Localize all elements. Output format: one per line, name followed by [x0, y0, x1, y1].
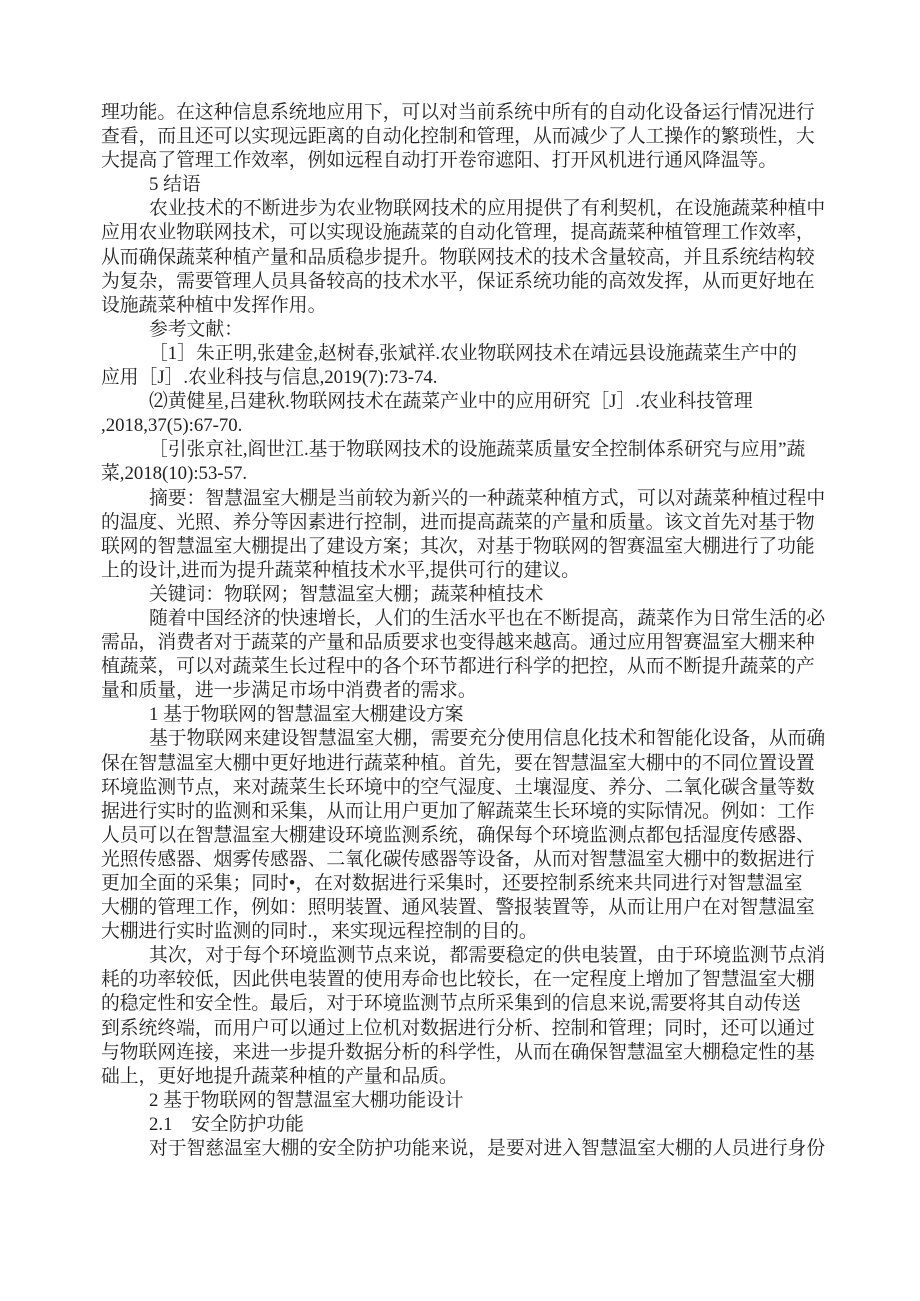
text-line: 菜,2018(10):53-57.	[101, 462, 815, 486]
text-line: 保在智慧温室大棚中更好地进行蔬菜种植。首先，要在智慧温室大棚中的不同位置设置	[101, 752, 815, 776]
text-line: 的稳定性和安全性。最后，对于环境监测节点所采集到的信息来说,需要将其自动传送	[101, 992, 815, 1016]
text-line: 参考文献：	[101, 318, 815, 342]
text-line: 2 基于物联网的智慧温室大棚功能设计	[101, 1089, 815, 1113]
text-line: 1 基于物联网的智慧温室大棚建设方案	[101, 703, 815, 727]
text-line: 理功能。在这种信息系统地应用下，可以对当前系统中所有的自动化设备运行情况进行	[101, 101, 815, 125]
text-line: ［引张京社,阎世江.基于物联网技术的设施蔬菜质量安全控制体系研究与应用”蔬	[101, 438, 815, 462]
text-line: 大提高了管理工作效率，例如远程自动打开卷帘遮阳、打开风机进行通风降温等。	[101, 149, 815, 173]
text-line: 与物联网连接，来进一步提升数据分析的科学性，从而在确保智慧温室大棚稳定性的基	[101, 1041, 815, 1065]
text-line: 耗的功率较低，因此供电装置的使用寿命也比较长，在一定程度上增加了智慧温室大棚	[101, 968, 815, 992]
text-line: ⑵黄健星,吕建秋.物联网技术在蔬菜产业中的应用研究［J］.农业科技管理	[101, 390, 815, 414]
text-line: 量和质量，进一步满足市场中消费者的需求。	[101, 679, 815, 703]
document-page: 理功能。在这种信息系统地应用下，可以对当前系统中所有的自动化设备运行情况进行查看…	[0, 0, 920, 1301]
text-line: 大棚的管理工作，例如：照明装置、通风装置、警报装置等，从而让用户在对智慧温室	[101, 896, 815, 920]
text-line: 上的设计,进而为提升蔬菜种植技术水平,提供可行的建议。	[101, 559, 815, 583]
text-line: 随着中国经济的快速增长，人们的生活水平也在不断提高，蔬菜作为日常生活的必	[101, 607, 815, 631]
text-line: 为复杂，需要管理人员具备较高的技术水平，保证系统功能的高效发挥，从而更好地在	[101, 270, 815, 294]
text-line: 基于物联网来建设智慧温室大棚，需要充分使用信息化技术和智能化设备，从而确	[101, 727, 815, 751]
text-line: 环境监测节点，来对蔬菜生长环境中的空气湿度、土壤湿度、养分、二氧化碳含量等数	[101, 776, 815, 800]
text-line: 更加全面的采集；同时•，在对数据进行采集时，还要控制系统来共同进行对智慧温室	[101, 872, 815, 896]
text-line: 应用［J］.农业科技与信息,2019(7):73-74.	[101, 366, 815, 390]
text-line: 据进行实时的监测和采集，从而让用户更加了解蔬菜生长环境的实际情况。例如：工作	[101, 800, 815, 824]
text-line: 对于智慈温室大棚的安全防护功能来说，是要对进入智慧温室大棚的人员进行身份	[101, 1137, 815, 1161]
text-line: 其次，对于每个环境监测节点来说，都需要稳定的供电装置，由于环境监测节点消	[101, 944, 815, 968]
text-line: 摘要：智慧温室大棚是当前较为新兴的一种蔬菜种植方式，可以对蔬菜种植过程中	[101, 487, 815, 511]
text-line: 5 结语	[101, 173, 815, 197]
text-line: 植蔬菜，可以对蔬菜生长过程中的各个环节都进行科学的把控，从而不断提升蔬菜的产	[101, 655, 815, 679]
text-line: 关键词：物联网；智慧温室大棚；蔬菜种植技术	[101, 583, 815, 607]
text-line: 联网的智慧温室大棚提出了建设方案；其次，对基于物联网的智赛温室大棚进行了功能	[101, 535, 815, 559]
text-line: 大棚进行实时监测的同时.，来实现远程控制的目的。	[101, 920, 815, 944]
text-line: ,2018,37(5):67-70.	[101, 414, 815, 438]
text-line: 础上，更好地提升蔬菜种植的产量和品质。	[101, 1065, 815, 1089]
text-line: 需品，消费者对于蔬菜的产量和品质要求也变得越来越高。通过应用智赛温室大棚来种	[101, 631, 815, 655]
text-line: 查看，而且还可以实现远距离的自动化控制和管理，从而减少了人工操作的繁琐性，大	[101, 125, 815, 149]
text-line: ［1］朱正明,张建金,赵树春,张斌祥.农业物联网技术在靖远县设施蔬菜生产中的	[101, 342, 815, 366]
text-line: 设施蔬菜种植中发挥作用。	[101, 294, 815, 318]
text-line: 到系统终端，而用户可以通过上位机对数据进行分析、控制和管理；同时，还可以通过	[101, 1017, 815, 1041]
text-line: 农业技术的不断进步为农业物联网技术的应用提供了有利契机，在设施蔬菜种植中	[101, 197, 815, 221]
text-line: 2.1 安全防护功能	[101, 1113, 815, 1137]
text-line: 人员可以在智慧温室大棚建设环境监测系统，确保每个环境监测点都包括湿度传感器、	[101, 824, 815, 848]
text-line: 的温度、光照、养分等因素进行控制，进而提高蔬菜的产量和质量。该文首先对基于物	[101, 511, 815, 535]
text-line: 光照传感器、烟雾传感器、二氧化碳传感器等设备，从而对智慧温室大棚中的数据进行	[101, 848, 815, 872]
document-text: 理功能。在这种信息系统地应用下，可以对当前系统中所有的自动化设备运行情况进行查看…	[101, 101, 815, 1161]
text-line: 应用农业物联网技术，可以实现设施蔬菜的自动化管理，提高蔬菜种植管理工作效率，	[101, 221, 815, 245]
text-line: 从而确保蔬菜种植产量和品质稳步提升。物联网技术的技术含量较高，并且系统结构较	[101, 246, 815, 270]
